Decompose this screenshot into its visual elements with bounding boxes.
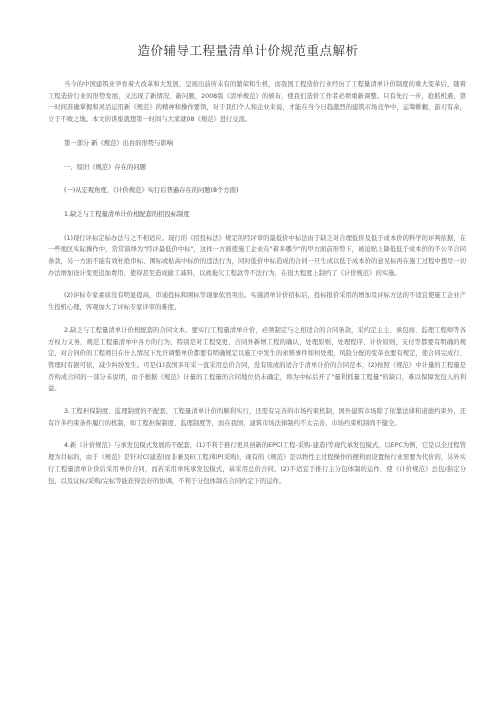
- item1-paragraph-2: (2)评标专家素质没有明显提高，串通投标和围标等现象依然突出。实施清单计价招标后…: [48, 290, 466, 313]
- part-heading: 第一部分 新《规范》出台的形势与影响: [64, 138, 466, 150]
- page-title: 造价辅导工程量清单计价规范重点解析: [0, 41, 496, 59]
- item-heading: 1.缺乏与工程量清单计价相配套的招投标制度: [64, 209, 466, 221]
- intro-paragraph: 当今的中国建筑业孕育着大改革和大发展，呈现出前所未有的繁荣和生机，而我国工程造价…: [48, 79, 466, 126]
- item4-paragraph: 4.新《计价规范》与承发包模式发展的不配套，(1)不利于推行更具创新的EPC(工…: [48, 440, 466, 487]
- document-body: 当今的中国建筑业孕育着大改革和大发展，呈现出前所未有的繁荣和生机，而我国工程造价…: [48, 79, 466, 487]
- item1-paragraph-1: (1)现行评标定标办法与之不相适应。现行的《招投标法》规定的经评审的最低价中标法…: [48, 233, 466, 280]
- subsection-heading: (一)从宏观角度，《计价规范》实行后普遍存在的问题(8个方面): [64, 185, 466, 197]
- section-heading: 一、原旧《规范》存在的问题: [64, 162, 466, 174]
- item3-paragraph: 3.工程担保制度、监理制度的不配套，工程量清单计价的顺利实行，还需有完善的市场约…: [48, 406, 466, 429]
- item2-paragraph: 2.缺乏与工程量清单计价相配套的合同文本，要实行工程量清单计价，必须制定与之相适…: [48, 325, 466, 395]
